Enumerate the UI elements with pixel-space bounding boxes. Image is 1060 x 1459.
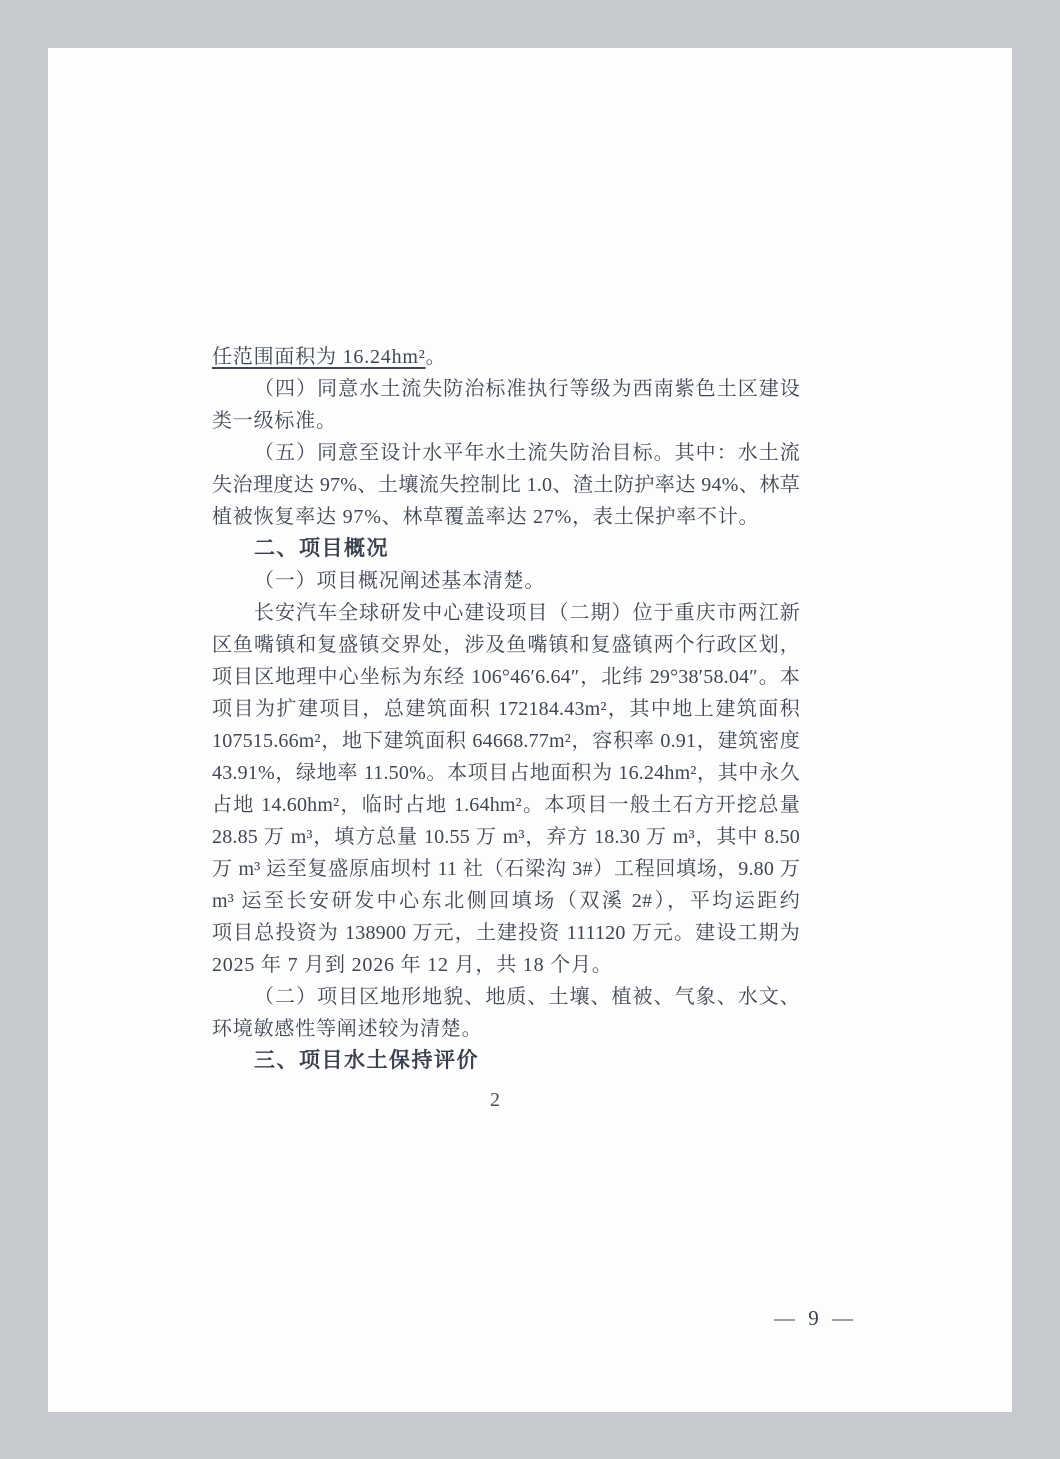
continued-sentence-line: 任范围面积为 16.24hm²。 xyxy=(212,341,800,373)
item-4-line: （四）同意水土流失防治标准执行等级为西南紫色土区建设 xyxy=(212,373,800,405)
underlined-area-value: 任范围面积为 16.24hm² xyxy=(212,346,426,368)
item-5-line: 植被恢复率达 97%、林草覆盖率达 27%，表土保护率不计。 xyxy=(212,501,800,533)
project-overview-line: 107515.66m²，地下建筑面积 64668.77m²，容积率 0.91，建… xyxy=(212,725,800,757)
inner-page-number: 2 xyxy=(212,1089,778,1112)
folio-page-number: — 9 — xyxy=(774,1306,857,1331)
item-5-line: （五）同意至设计水平年水土流失防治目标。其中：水土流 xyxy=(212,437,800,469)
project-overview-line: m³ 运至长安研发中心东北侧回填场（双溪 2#），平均运距约 6km。 xyxy=(212,885,800,917)
project-overview-line: 项目为扩建项目，总建筑面积 172184.43m²，其中地上建筑面积 xyxy=(212,693,800,725)
project-overview-line: 项目总投资为 138900 万元，土建投资 111120 万元。建设工期为 xyxy=(212,917,800,949)
item-2-line: （二）项目区地形地貌、地质、土壤、植被、气象、水文、 xyxy=(212,981,800,1013)
heading-section-3-soil-water-evaluation: 三、项目水土保持评价 xyxy=(212,1045,800,1077)
item-5-line: 失治理度达 97%、土壤流失控制比 1.0、渣土防护率达 94%、林草 xyxy=(212,469,800,501)
item-2-line: 环境敏感性等阐述较为清楚。 xyxy=(212,1013,800,1045)
project-overview-line: 占地 14.60hm²，临时占地 1.64hm²。本项目一般土石方开挖总量 xyxy=(212,789,800,821)
document-text-block: 任范围面积为 16.24hm²。 （四）同意水土流失防治标准执行等级为西南紫色土… xyxy=(212,341,800,1077)
project-overview-line: 长安汽车全球研发中心建设项目（二期）位于重庆市两江新 xyxy=(212,597,800,629)
project-overview-line: 2025 年 7 月到 2026 年 12 月，共 18 个月。 xyxy=(212,949,800,981)
sentence-period: 。 xyxy=(426,346,447,368)
project-overview-line: 区鱼嘴镇和复盛镇交界处，涉及鱼嘴镇和复盛镇两个行政区划， xyxy=(212,629,800,661)
item-4-line: 类一级标准。 xyxy=(212,405,800,437)
heading-section-2-project-overview: 二、项目概况 xyxy=(212,533,800,565)
item-1-line: （一）项目概况阐述基本清楚。 xyxy=(212,565,800,597)
project-overview-line: 43.91%，绿地率 11.50%。本项目占地面积为 16.24hm²，其中永久 xyxy=(212,757,800,789)
project-overview-line: 项目区地理中心坐标为东经 106°46′6.64″，北纬 29°38′58.04… xyxy=(212,661,800,693)
project-overview-line: 28.85 万 m³，填方总量 10.55 万 m³，弃方 18.30 万 m³… xyxy=(212,821,800,853)
document-paper: 任范围面积为 16.24hm²。 （四）同意水土流失防治标准执行等级为西南紫色土… xyxy=(48,48,1012,1412)
scanned-page-canvas: { "colors": { "canvas_background": "#c6c… xyxy=(0,0,1060,1459)
project-overview-line: 万 m³ 运至复盛原庙坝村 11 社（石梁沟 3#）工程回填场，9.80 万 xyxy=(212,853,800,885)
